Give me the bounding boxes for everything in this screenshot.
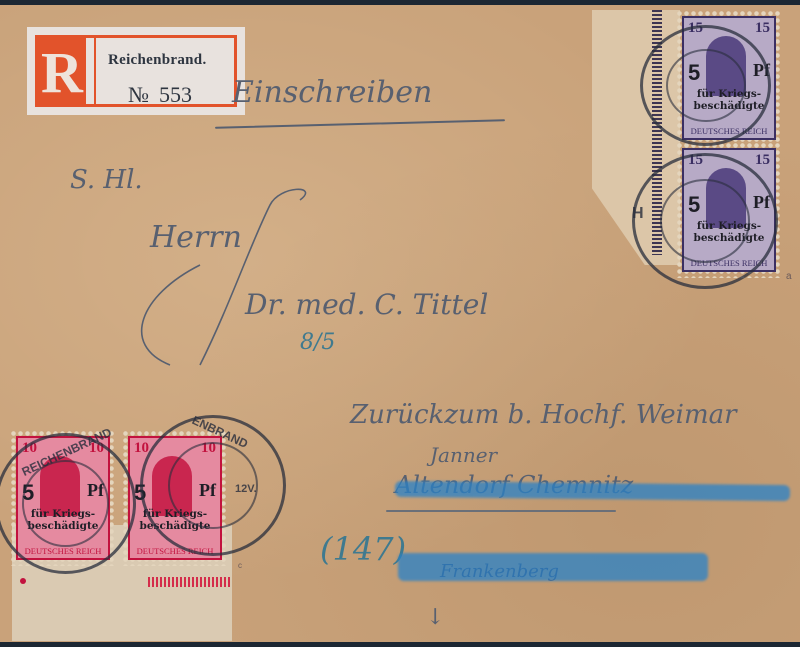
wavy-underline (386, 510, 616, 512)
handwriting-forward-line: Zurückzum b. Hochf. Weimar (350, 400, 737, 430)
blue-crayon-strike (398, 553, 708, 581)
handwriting-former-line: Janner (430, 443, 497, 467)
postmark-inner-ring (666, 49, 746, 123)
stamp-value: 15 (755, 152, 770, 169)
handwriting-reference-number: (147) (320, 530, 406, 568)
arrow-down-icon: ↓ (426, 605, 444, 630)
registration-number: №553 (128, 82, 192, 108)
envelope: R Reichenbrand. №553 Einschreiben 15 15 … (0, 5, 800, 642)
registration-letter: R (38, 38, 86, 104)
postmark-inner-ring (660, 179, 750, 262)
handwriting-addressee: Dr. med. C. Tittel (245, 288, 488, 321)
sheet-letter: a (786, 271, 792, 282)
handwriting-service-note: Einschreiben (232, 75, 432, 110)
registration-town: Reichenbrand. (108, 52, 207, 69)
postmark-time: 12V. (235, 483, 257, 495)
registration-frame: R Reichenbrand. №553 (35, 35, 237, 107)
registration-number-value: 553 (159, 82, 192, 107)
postmark-letter: H (632, 205, 644, 223)
postmark-bottom (632, 153, 778, 289)
margin-ladder-red (148, 577, 230, 587)
registration-label: R Reichenbrand. №553 (27, 27, 245, 115)
margin-dot (20, 578, 26, 584)
underline-stroke (215, 119, 505, 129)
stamp-value: 15 (755, 20, 770, 37)
postmark-top (640, 25, 771, 146)
corner-letter: c (238, 561, 242, 570)
number-sign: № (128, 82, 149, 107)
registration-divider (94, 38, 96, 104)
handwriting-unit: 8/5 (300, 330, 335, 355)
